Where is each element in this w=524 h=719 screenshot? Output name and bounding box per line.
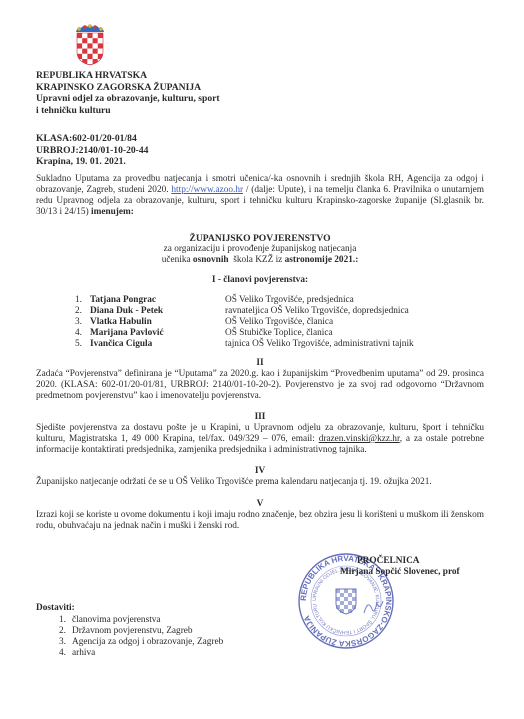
delivery-item: 2.Državnom povjerenstvu, Zagreb (52, 626, 223, 637)
delivery-item-number: 1. (52, 615, 72, 626)
section-3-text: Sjedište povjerenstva za dostavu pošte j… (36, 423, 484, 456)
delivery-item-text: članovima povjerenstva (72, 615, 161, 626)
member-number: 3. (60, 317, 90, 328)
member-name: Tatjana Pongrac (90, 295, 225, 306)
section-2-text: Zadaća “Povjerenstva” definirana je “Upu… (36, 369, 484, 402)
country-name: REPUBLIKA HRVATSKA (36, 70, 296, 82)
delivery-item-number: 2. (52, 626, 72, 637)
section-4-text: Županijsko natjecanje održati će se u OŠ… (36, 477, 484, 488)
member-name: Diana Duk - Petek (90, 306, 225, 317)
member-role: OŠ Veliko Trgovišće, predsjednica (225, 295, 480, 306)
urbroj: URBROJ:2140/01-10-20-44 (36, 145, 148, 157)
signer-title: PROČELNICA (340, 556, 460, 567)
committee-title-sub1: za organizaciju i provođenje županijskog… (36, 244, 484, 255)
member-row: 4.Marijana PavlovićOŠ Stubičke Toplice, … (60, 328, 480, 339)
place-date: Krapina, 19. 01. 2021. (36, 156, 148, 168)
member-number: 1. (60, 295, 90, 306)
committee-title: ŽUPANIJSKO POVJERENSTVO za organizaciju … (36, 233, 484, 266)
section-2-heading: II (36, 358, 484, 369)
member-row: 2.Diana Duk - Petekravnateljica OŠ Velik… (60, 306, 480, 317)
klasa: KLASA:602-01/20-01/84 (36, 133, 148, 145)
member-number: 2. (60, 306, 90, 317)
department-line-2: i tehničku kulturu (36, 105, 296, 117)
committee-title-main: ŽUPANIJSKO POVJERENSTVO (36, 233, 484, 244)
members-list: 1.Tatjana PongracOŠ Veliko Trgovišće, pr… (60, 295, 480, 350)
delivery-item: 3.Agencija za odgoj i obrazovanje, Zagre… (52, 637, 223, 648)
section-4-heading: IV (36, 466, 484, 477)
issuer-header: REPUBLIKA HRVATSKA KRAPINSKO ZAGORSKA ŽU… (36, 70, 296, 116)
section-3-heading: III (36, 412, 484, 423)
section-5-heading: V (36, 499, 484, 510)
document-meta: KLASA:602-01/20-01/84 URBROJ:2140/01-10-… (36, 133, 148, 168)
member-row: 1.Tatjana PongracOŠ Veliko Trgovišće, pr… (60, 295, 480, 306)
delivery-item: 4.arhiva (52, 648, 223, 659)
member-name: Marijana Pavlović (90, 328, 225, 339)
section-5-text: Izrazi koji se koriste u ovome dokumentu… (36, 510, 484, 532)
member-role: OŠ Veliko Trgovišće, članica (225, 317, 480, 328)
delivery-item-number: 3. (52, 637, 72, 648)
committee-title-sub2: učenika osnovnih škola KZŽ iz astronomij… (36, 255, 484, 266)
delivery-item-text: arhiva (72, 648, 95, 659)
member-role: ravnateljica OŠ Veliko Trgovišće, dopred… (225, 306, 480, 317)
section-1-heading: I - članovi povjerenstva: (36, 275, 484, 286)
member-row: 3.Vlatka HabulinOŠ Veliko Trgovišće, čla… (60, 317, 480, 328)
member-role: tajnica OŠ Veliko Trgovišće, administrat… (225, 339, 480, 350)
delivery-item-text: Agencija za odgoj i obrazovanje, Zagreb (72, 637, 223, 648)
croatian-coat-of-arms-icon (74, 22, 106, 66)
member-number: 4. (60, 328, 90, 339)
department-line-1: Upravni odjel za obrazovanje, kulturu, s… (36, 93, 296, 105)
member-row: 5.Ivančica Cigulatajnica OŠ Veliko Trgov… (60, 339, 480, 350)
member-name: Ivančica Cigula (90, 339, 225, 350)
member-number: 5. (60, 339, 90, 350)
delivery-heading: Dostaviti: (36, 603, 75, 614)
signer-block: PROČELNICA Mirjana Sopčić Slovenec, prof (340, 556, 460, 578)
county-name: KRAPINSKO ZAGORSKA ŽUPANIJA (36, 82, 296, 94)
delivery-item-text: Državnom povjerenstvu, Zagreb (72, 626, 193, 637)
contact-email-link[interactable]: drazen.vinski@kzz.hr (319, 434, 400, 444)
delivery-item-number: 4. (52, 648, 72, 659)
signer-name: Mirjana Sopčić Slovenec, prof (340, 567, 460, 578)
intro-paragraph: Sukladno Uputama za provedbu natjecanja … (36, 174, 484, 218)
member-name: Vlatka Habulin (90, 317, 225, 328)
delivery-item: 1.članovima povjerenstva (52, 615, 223, 626)
member-role: OŠ Stubičke Toplice, članica (225, 328, 480, 339)
azoo-link[interactable]: http://www.azoo.hr (171, 185, 243, 195)
delivery-list: 1.članovima povjerenstva2.Državnom povje… (52, 615, 223, 659)
